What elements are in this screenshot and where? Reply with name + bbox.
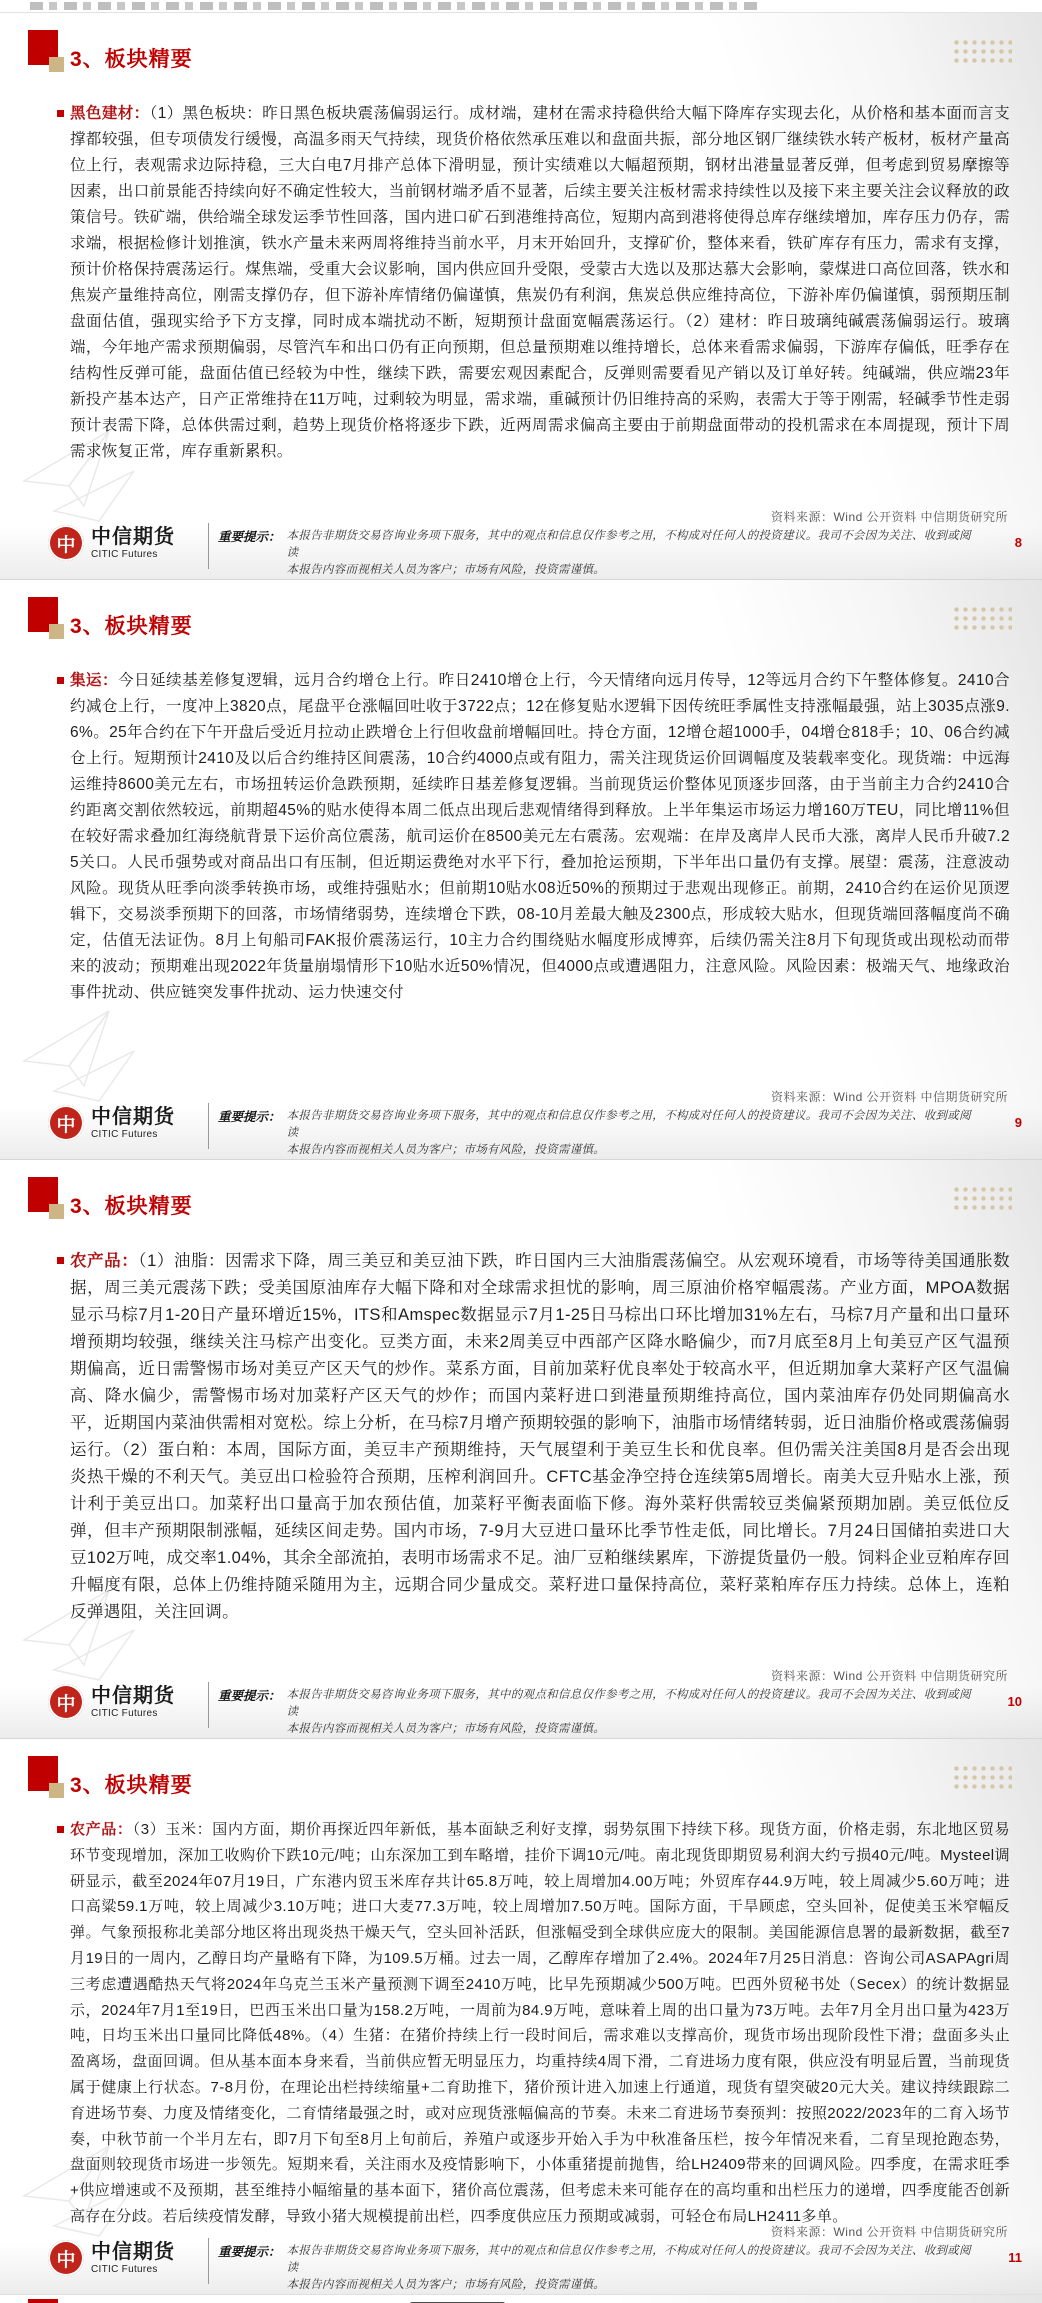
slide-header: 3、板块精要 bbox=[0, 13, 1042, 93]
disclaimer-line-2: 本报告内容而视相关人员为客户；市场有风险，投资需谨慎。 bbox=[287, 562, 606, 576]
slide-header: 3、板块精要 bbox=[0, 580, 1042, 660]
header-beige-square bbox=[49, 57, 64, 72]
disclaimer-line-1: 本报告非期货交易咨询业务项下服务，其中的观点和信息仅作参考之用，不构成对任何人的… bbox=[287, 1687, 971, 1718]
brand-name-cn: 中信期货 bbox=[91, 526, 175, 546]
slide-header: 3、板块精要 bbox=[0, 1739, 1042, 1819]
brand-name-en: CITIC Futures bbox=[91, 1709, 175, 1719]
slide-body: 黑色建材：（1）黑色板块：昨日黑色板块震荡偏弱运行。成材端，建材在需求持稳供给大… bbox=[70, 101, 1010, 465]
topic-label: 农产品： bbox=[70, 1252, 138, 1270]
header-beige-square bbox=[49, 1783, 64, 1798]
disclaimer-label: 重要提示： bbox=[218, 2242, 281, 2260]
slide-page-10: 3、板块精要 农产品：（1）油脂：因需求下降，周三美豆和美豆油下跌，昨日国内三大… bbox=[0, 1159, 1042, 1738]
disclaimer-label: 重要提示： bbox=[218, 1107, 281, 1125]
dot-grid-decoration bbox=[952, 1764, 1012, 1789]
disclaimer-line-1: 本报告非期货交易咨询业务项下服务，其中的观点和信息仅作参考之用，不构成对任何人的… bbox=[287, 2243, 971, 2274]
slide-page-9: 3、板块精要 集运：今日延续基差修复逻辑，远月合约增仓上行。昨日2410增仓上行… bbox=[0, 579, 1042, 1159]
slide-body: 集运：今日延续基差修复逻辑，远月合约增仓上行。昨日2410增仓上行，今天情绪向远… bbox=[70, 668, 1010, 1006]
header-beige-square bbox=[49, 1204, 64, 1219]
brand-block: 中 中信期货 CITIC Futures bbox=[48, 2240, 175, 2276]
slide-header: 3、板块精要 bbox=[0, 1160, 1042, 1240]
topic-text: （1）油脂：因需求下降，周三美豆和美豆油下跌，昨日国内三大油脂震荡偏空。从宏观环… bbox=[70, 1252, 1010, 1621]
disclaimer-label: 重要提示： bbox=[218, 527, 281, 545]
dot-grid-decoration bbox=[952, 605, 1012, 630]
topic-text: （1）黑色板块：昨日黑色板块震荡偏弱运行。成材端，建材在需求持稳供给大幅下降库存… bbox=[70, 105, 1010, 460]
sector-paragraph: 集运：今日延续基差修复逻辑，远月合约增仓上行。昨日2410增仓上行，今天情绪向远… bbox=[70, 668, 1010, 1006]
citic-logo-icon: 中 bbox=[48, 1105, 84, 1141]
footer-divider bbox=[208, 2238, 209, 2284]
disclaimer-line-2: 本报告内容而视相关人员为客户；市场有风险，投资需谨慎。 bbox=[287, 2277, 606, 2291]
disclaimer-line-2: 本报告内容而视相关人员为客户；市场有风险，投资需谨慎。 bbox=[287, 1142, 606, 1156]
brand-name-en: CITIC Futures bbox=[91, 550, 175, 560]
topic-text: 今日延续基差修复逻辑，远月合约增仓上行。昨日2410增仓上行，今天情绪向远月传导… bbox=[70, 672, 1010, 1001]
citic-logo-icon: 中 bbox=[48, 2240, 84, 2276]
sector-paragraph: 农产品：（3）玉米：国内方面，期价再探近四年新低，基本面缺乏利好支撑，弱势氛围下… bbox=[70, 1817, 1010, 2230]
slide-footer: 中 中信期货 CITIC Futures 重要提示： 本报告非期货交易咨询业务项… bbox=[0, 523, 1042, 573]
section-title: 3、板块精要 bbox=[70, 43, 193, 73]
page-number: 10 bbox=[1008, 1694, 1022, 1709]
slide-body: 农产品：（3）玉米：国内方面，期价再探近四年新低，基本面缺乏利好支撑，弱势氛围下… bbox=[70, 1817, 1010, 2230]
sector-paragraph: 黑色建材：（1）黑色板块：昨日黑色板块震荡偏弱运行。成材端，建材在需求持稳供给大… bbox=[70, 101, 1010, 465]
section-title: 3、板块精要 bbox=[70, 1769, 193, 1799]
brand-name-cn: 中信期货 bbox=[91, 1685, 175, 1705]
page-number: 8 bbox=[1015, 535, 1022, 550]
footer-divider bbox=[208, 1103, 209, 1149]
disclaimer-label: 重要提示： bbox=[218, 1686, 281, 1704]
footer-divider bbox=[208, 523, 209, 569]
gradient-decoration bbox=[612, 2295, 1042, 2303]
slide-footer: 中 中信期货 CITIC Futures 重要提示： 本报告非期货交易咨询业务项… bbox=[0, 1682, 1042, 1732]
header-beige-square bbox=[49, 624, 64, 639]
page-number: 9 bbox=[1015, 1115, 1022, 1130]
topic-label: 农产品： bbox=[70, 1821, 133, 1838]
citic-logo-icon: 中 bbox=[48, 1684, 84, 1720]
report-page-stack: 3、板块精要 黑色建材：（1）黑色板块：昨日黑色板块震荡偏弱运行。成材端，建材在… bbox=[0, 0, 1042, 2303]
disclaimer-line-1: 本报告非期货交易咨询业务项下服务，其中的观点和信息仅作参考之用，不构成对任何人的… bbox=[287, 1108, 971, 1139]
slide-body: 农产品：（1）油脂：因需求下降，周三美豆和美豆油下跌，昨日国内三大油脂震荡偏空。… bbox=[70, 1248, 1010, 1626]
brand-name-cn: 中信期货 bbox=[91, 2241, 175, 2261]
brand-block: 中 中信期货 CITIC Futures bbox=[48, 1684, 175, 1720]
topic-text: （3）玉米：国内方面，期价再探近四年新低，基本面缺乏利好支撑，弱势氛围下持续下移… bbox=[70, 1821, 1010, 2225]
disclaimer-line-2: 本报告内容而视相关人员为客户；市场有风险，投资需谨慎。 bbox=[287, 1721, 606, 1735]
disclaimer: 重要提示： 本报告非期货交易咨询业务项下服务，其中的观点和信息仅作参考之用，不构… bbox=[218, 1686, 972, 1737]
brand-name-en: CITIC Futures bbox=[91, 2265, 175, 2275]
slide-footer: 中 中信期货 CITIC Futures 重要提示： 本报告非期货交易咨询业务项… bbox=[0, 2238, 1042, 2288]
brand-block: 中 中信期货 CITIC Futures bbox=[48, 525, 175, 561]
topic-label: 黑色建材： bbox=[70, 105, 150, 122]
topic-label: 集运： bbox=[70, 672, 118, 689]
slide-page-8: 3、板块精要 黑色建材：（1）黑色板块：昨日黑色板块震荡偏弱运行。成材端，建材在… bbox=[0, 13, 1042, 579]
next-slide-fragment bbox=[0, 2294, 1042, 2303]
brand-name-en: CITIC Futures bbox=[91, 1130, 175, 1140]
dot-grid-decoration bbox=[952, 38, 1012, 63]
brand-name-cn: 中信期货 bbox=[91, 1106, 175, 1126]
section-title: 3、板块精要 bbox=[70, 610, 193, 640]
slide-page-11: 3、板块精要 农产品：（3）玉米：国内方面，期价再探近四年新低，基本面缺乏利好支… bbox=[0, 1738, 1042, 2294]
disclaimer: 重要提示： 本报告非期货交易咨询业务项下服务，其中的观点和信息仅作参考之用，不构… bbox=[218, 527, 972, 578]
disclaimer: 重要提示： 本报告非期货交易咨询业务项下服务，其中的观点和信息仅作参考之用，不构… bbox=[218, 1107, 972, 1158]
disclaimer: 重要提示： 本报告非期货交易咨询业务项下服务，其中的观点和信息仅作参考之用，不构… bbox=[218, 2242, 972, 2293]
previous-slide-fragment bbox=[0, 0, 1042, 13]
disclaimer-line-1: 本报告非期货交易咨询业务项下服务，其中的观点和信息仅作参考之用，不构成对任何人的… bbox=[287, 528, 971, 559]
citic-logo-icon: 中 bbox=[48, 525, 84, 561]
dot-grid-decoration bbox=[952, 1185, 1012, 1210]
footer-divider bbox=[208, 1682, 209, 1728]
next-header-red-square-fragment bbox=[28, 2299, 58, 2303]
brand-block: 中 中信期货 CITIC Futures bbox=[48, 1105, 175, 1141]
page-number: 11 bbox=[1008, 2250, 1022, 2265]
sector-paragraph: 农产品：（1）油脂：因需求下降，周三美豆和美豆油下跌，昨日国内三大油脂震荡偏空。… bbox=[70, 1248, 1010, 1626]
clipped-text-fragment bbox=[30, 2, 760, 10]
paper-plane-watermark bbox=[14, 991, 164, 1111]
slide-footer: 中 中信期货 CITIC Futures 重要提示： 本报告非期货交易咨询业务项… bbox=[0, 1103, 1042, 1153]
section-title: 3、板块精要 bbox=[70, 1190, 193, 1220]
